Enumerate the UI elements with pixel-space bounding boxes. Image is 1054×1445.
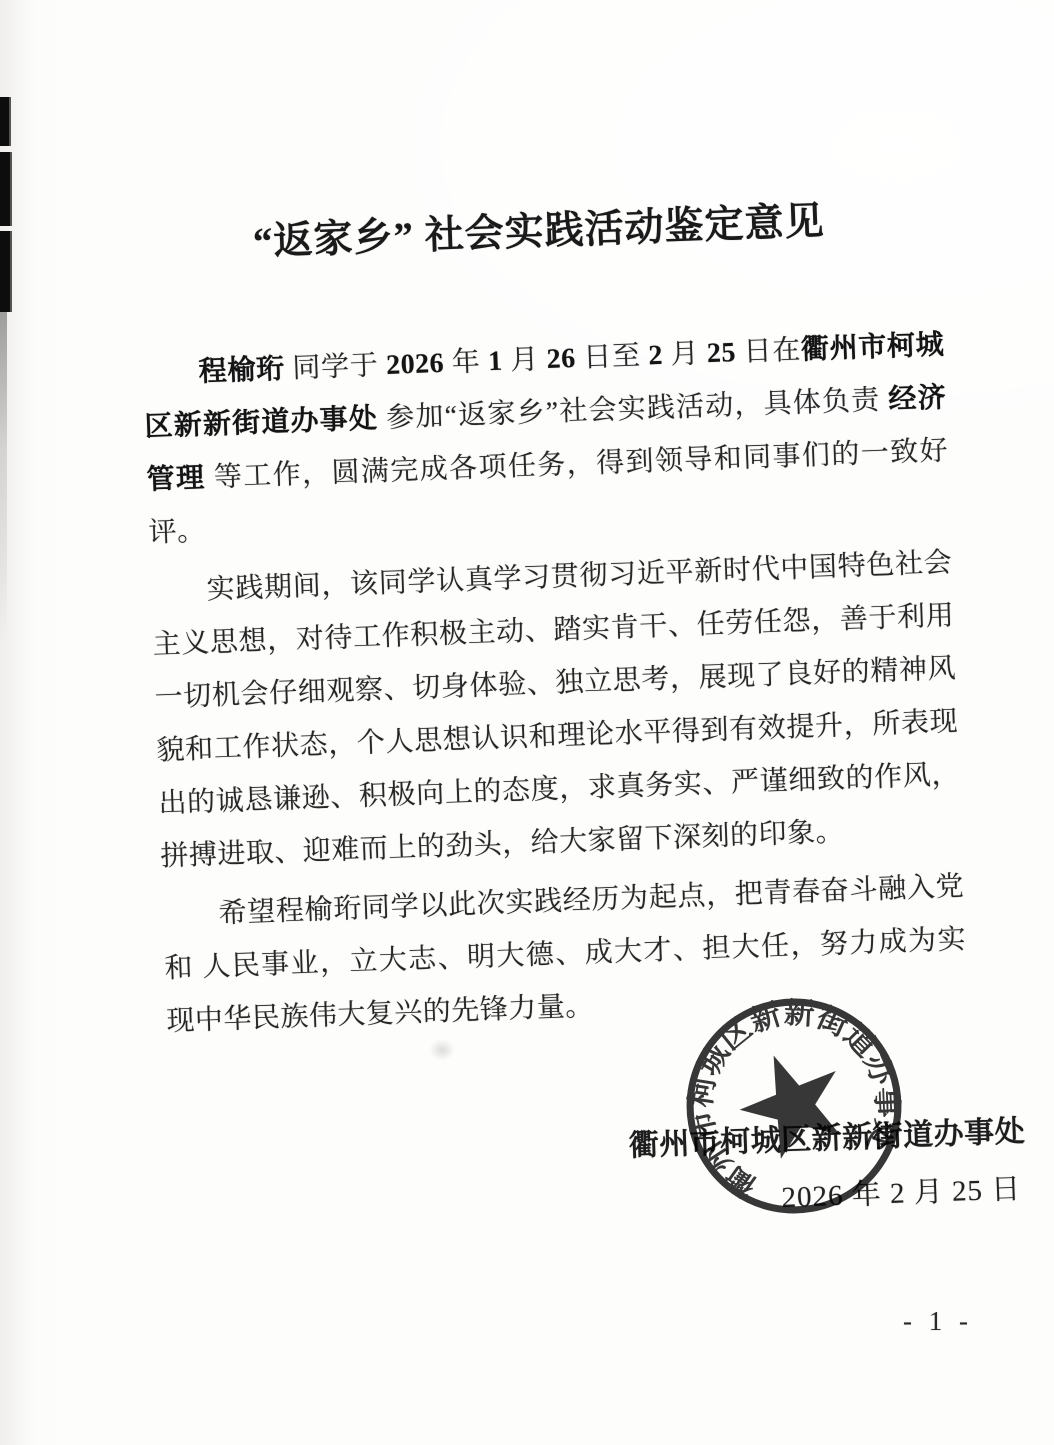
scan-artifact-bar bbox=[0, 231, 12, 312]
official-seal-stamp: 衢州市柯城区新新街道办事处 bbox=[660, 972, 929, 1241]
template-text: 年 bbox=[444, 346, 489, 379]
filled-in-field: 2026 bbox=[386, 348, 445, 381]
filled-in-field: 1 bbox=[488, 346, 504, 378]
paragraph: 程榆珩 同学于 2026 年 1 月 26 日至 2 月 25 日在衢州市柯城区… bbox=[142, 319, 951, 560]
seal-star-icon bbox=[726, 1036, 859, 1166]
paragraph: 实践期间，该同学认真学习贯彻习近平新时代中国特色社会主义思想，对待工作积极主动、… bbox=[150, 536, 963, 883]
template-text: 月 bbox=[502, 344, 547, 377]
document-body: 程榆珩 同学于 2026 年 1 月 26 日至 2 月 25 日在衢州市柯城区… bbox=[142, 319, 969, 1049]
template-text: 参加“返家乡”社会实践活动，具体负责 bbox=[378, 385, 890, 435]
scan-artifact-bar bbox=[0, 97, 11, 146]
scan-artifact-streak bbox=[0, 312, 7, 642]
template-text: 等工作，圆满完成各项任务，得到领导和同事们的一致好评。 bbox=[148, 435, 949, 548]
template-text: 日至 bbox=[575, 340, 649, 374]
document-title: “返家乡” 社会实践活动鉴定意见 bbox=[137, 193, 940, 272]
template-text: 实践期间，该同学认真学习贯彻习近平新时代中国特色社会主义思想，对待工作积极主动、… bbox=[152, 547, 960, 872]
template-text: 月 bbox=[662, 338, 707, 371]
document-page: “返家乡” 社会实践活动鉴定意见 程榆珩 同学于 2026 年 1 月 26 日… bbox=[0, 0, 1054, 1445]
page-number: - 1 - bbox=[903, 1306, 973, 1337]
filled-in-field: 25 bbox=[706, 337, 736, 369]
scan-artifact-bar bbox=[0, 152, 12, 226]
template-text: 同学于 bbox=[284, 350, 387, 385]
filled-in-field: 程榆珩 bbox=[198, 354, 285, 388]
filled-in-field: 26 bbox=[546, 343, 576, 375]
template-text: 日在 bbox=[735, 335, 801, 368]
